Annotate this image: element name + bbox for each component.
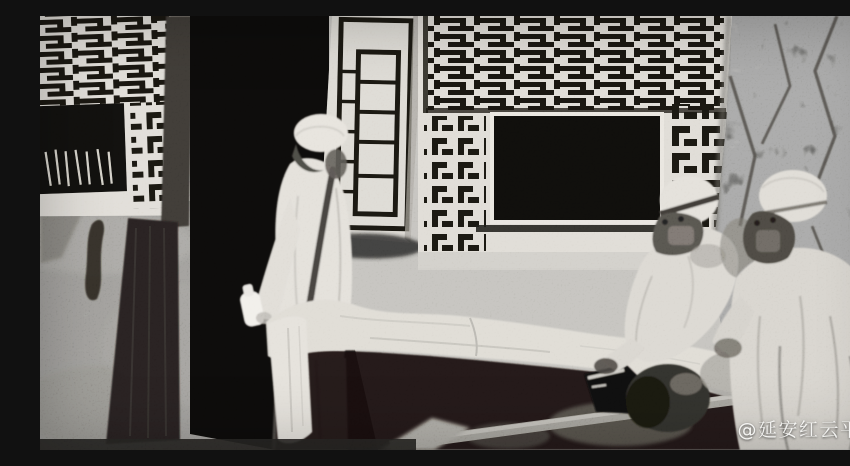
watermark: @延安红云平台 [737, 415, 850, 442]
historical-photo: @延安红云平台 [40, 16, 850, 450]
photo-canvas [40, 16, 850, 450]
film-grain [40, 16, 850, 450]
